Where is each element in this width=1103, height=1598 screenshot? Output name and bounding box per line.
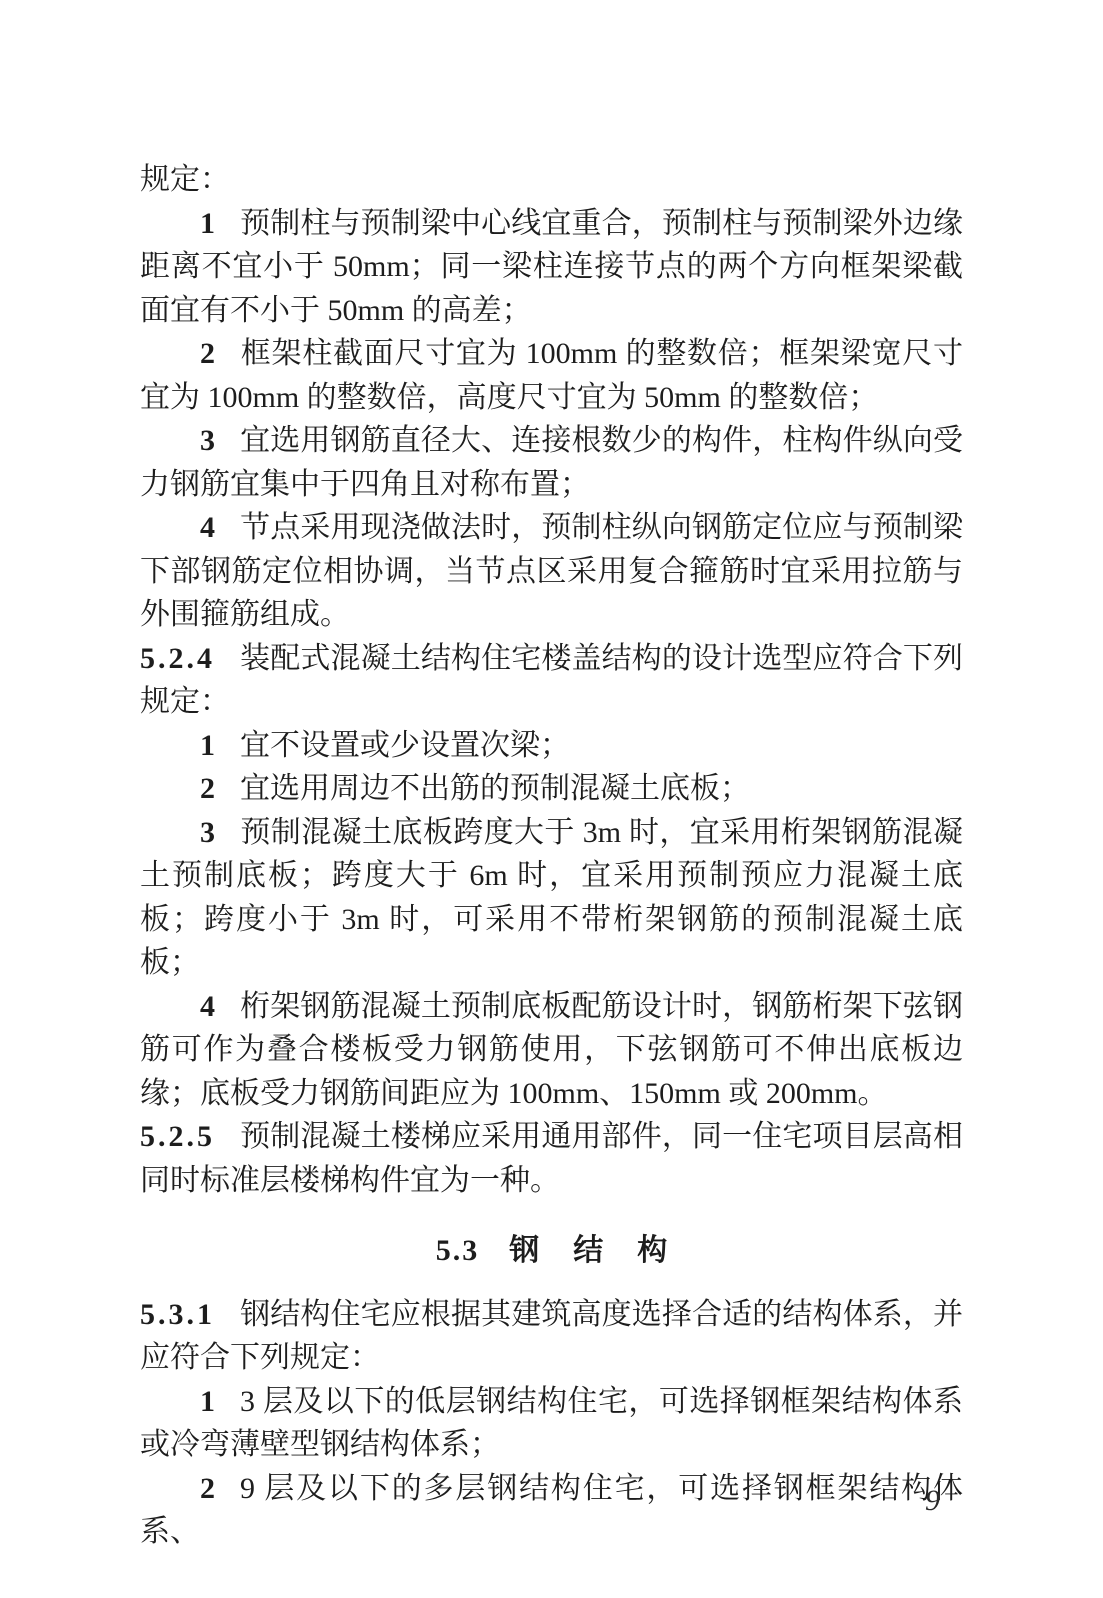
- item-number: 2: [200, 772, 215, 805]
- paragraph-text: 宜选用钢筋直径大、连接根数少的构件，柱构件纵向受力钢筋宜集中于四角且对称布置；: [140, 424, 963, 501]
- list-item: 1宜不设置或少设置次梁；: [140, 724, 963, 768]
- list-item: 2框架柱截面尺寸宜为 100mm 的整数倍；框架梁宽尺寸宜为 100mm 的整数…: [140, 332, 963, 419]
- clause-paragraph: 5.2.5预制混凝土楼梯应采用通用部件，同一住宅项目层高相同时标准层楼梯构件宜为…: [140, 1115, 963, 1202]
- list-item: 3预制混凝土底板跨度大于 3m 时，宜采用桁架钢筋混凝土预制底板；跨度大于 6m…: [140, 811, 963, 985]
- paragraph-text: 预制混凝土底板跨度大于 3m 时，宜采用桁架钢筋混凝土预制底板；跨度大于 6m …: [140, 816, 963, 980]
- paragraph-text: 预制柱与预制梁中心线宜重合，预制柱与预制梁外边缘距离不宜小于 50mm；同一梁柱…: [140, 207, 963, 327]
- item-number: 1: [200, 1385, 215, 1418]
- section-heading-title: 钢结构: [509, 1234, 701, 1267]
- list-item: 2宜选用周边不出筋的预制混凝土底板；: [140, 767, 963, 811]
- paragraph-text: 9 层及以下的多层钢结构住宅，可选择钢框架结构体系、: [140, 1472, 963, 1549]
- paragraph-text: 装配式混凝土结构住宅楼盖结构的设计选型应符合下列规定：: [140, 642, 963, 719]
- clause-number: 5.2.4: [140, 642, 215, 675]
- paragraph-text: 规定：: [140, 163, 230, 196]
- section-heading: 5.3钢结构: [140, 1229, 963, 1273]
- list-item: 13 层及以下的低层钢结构住宅，可选择钢框架结构体系或冷弯薄壁型钢结构体系；: [140, 1380, 963, 1467]
- paragraph-text: 宜不设置或少设置次梁；: [240, 729, 570, 762]
- item-number: 1: [200, 207, 215, 240]
- paragraph-text: 3 层及以下的低层钢结构住宅，可选择钢框架结构体系或冷弯薄壁型钢结构体系；: [140, 1385, 963, 1462]
- item-number: 3: [200, 816, 215, 849]
- paragraph-text: 宜选用周边不出筋的预制混凝土底板；: [240, 772, 750, 805]
- paragraph-text: 桁架钢筋混凝土预制底板配筋设计时，钢筋桁架下弦钢筋可作为叠合楼板受力钢筋使用，下…: [140, 990, 963, 1110]
- paragraph-text: 钢结构住宅应根据其建筑高度选择合适的结构体系，并应符合下列规定：: [140, 1298, 963, 1375]
- continuation-paragraph: 规定：: [140, 158, 963, 202]
- document-page: 规定：1预制柱与预制梁中心线宜重合，预制柱与预制梁外边缘距离不宜小于 50mm；…: [0, 0, 1103, 1554]
- list-item: 29 层及以下的多层钢结构住宅，可选择钢框架结构体系、: [140, 1467, 963, 1554]
- list-item: 4桁架钢筋混凝土预制底板配筋设计时，钢筋桁架下弦钢筋可作为叠合楼板受力钢筋使用，…: [140, 985, 963, 1116]
- item-number: 2: [200, 337, 215, 370]
- item-number: 3: [200, 424, 215, 457]
- clause-paragraph: 5.3.1钢结构住宅应根据其建筑高度选择合适的结构体系，并应符合下列规定：: [140, 1293, 963, 1380]
- clause-number: 5.2.5: [140, 1120, 215, 1153]
- paragraph-text: 预制混凝土楼梯应采用通用部件，同一住宅项目层高相同时标准层楼梯构件宜为一种。: [140, 1120, 963, 1197]
- list-item: 1预制柱与预制梁中心线宜重合，预制柱与预制梁外边缘距离不宜小于 50mm；同一梁…: [140, 202, 963, 333]
- page-number: 9: [925, 1486, 940, 1516]
- list-item: 4节点采用现浇做法时，预制柱纵向钢筋定位应与预制梁下部钢筋定位相协调，当节点区采…: [140, 506, 963, 637]
- item-number: 4: [200, 990, 215, 1023]
- page-content: 规定：1预制柱与预制梁中心线宜重合，预制柱与预制梁外边缘距离不宜小于 50mm；…: [0, 0, 1103, 1554]
- paragraph-text: 框架柱截面尺寸宜为 100mm 的整数倍；框架梁宽尺寸宜为 100mm 的整数倍…: [140, 337, 963, 414]
- clause-paragraph: 5.2.4装配式混凝土结构住宅楼盖结构的设计选型应符合下列规定：: [140, 637, 963, 724]
- item-number: 2: [200, 1472, 215, 1505]
- item-number: 1: [200, 729, 215, 762]
- paragraph-text: 节点采用现浇做法时，预制柱纵向钢筋定位应与预制梁下部钢筋定位相协调，当节点区采用…: [140, 511, 963, 631]
- section-heading-number: 5.3: [436, 1234, 480, 1267]
- list-item: 3宜选用钢筋直径大、连接根数少的构件，柱构件纵向受力钢筋宜集中于四角且对称布置；: [140, 419, 963, 506]
- clause-number: 5.3.1: [140, 1298, 215, 1331]
- item-number: 4: [200, 511, 215, 544]
